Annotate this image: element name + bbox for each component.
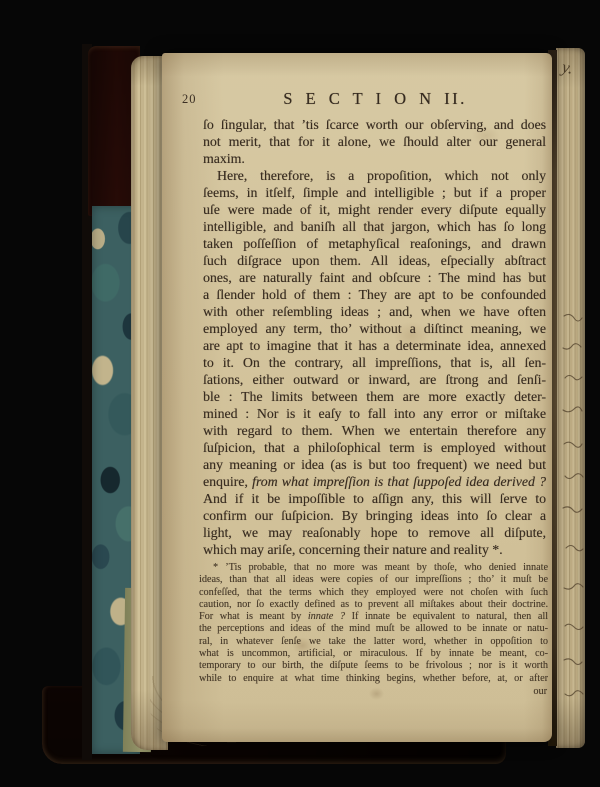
text-line: any meaning or idea (as is but too frequ… — [203, 456, 546, 473]
text-line: are apt to imagine that it has a determi… — [203, 337, 546, 354]
footnote-line: For what is meant by innate ? If innate … — [199, 611, 548, 623]
section-heading: S E C T I O N II. — [202, 89, 548, 109]
book-page: 20 S E C T I O N II. ſo ſingular, that ’… — [162, 53, 552, 742]
text-line: enquire, from what impreſſion is that ſu… — [203, 473, 546, 490]
text-line: intelligible, and baniſh all that jargon… — [203, 218, 546, 235]
text-line: maxim. — [203, 150, 546, 167]
handwriting-marks — [556, 48, 585, 748]
text-line: uſe were made of it, might render every … — [203, 201, 546, 218]
footnote-line: while to enquire at what time thinking b… — [199, 673, 548, 685]
photo-background: y. 20 S E C T I O N II. ſo ſingular, tha… — [0, 0, 600, 787]
footnote-line: temporary to our birth, the diſpute ſeem… — [199, 660, 548, 672]
text-line: ble : The limits between them are more e… — [203, 388, 546, 405]
text-line: with regard to them. When we entertain t… — [203, 422, 546, 439]
footnote-line: confeſſed, that the terms which they emp… — [199, 587, 548, 599]
text-line: not merit, that for it alone, we ſhould … — [203, 133, 546, 150]
text-line: a ſlender hold of them : They are apt to… — [203, 286, 546, 303]
text-line: ſuch diſgrace upon them. All ideas, eſpe… — [203, 252, 546, 269]
footnote-line: ideas, than that all ideas were copies o… — [199, 574, 548, 586]
body-text: ſo ſingular, that ’tis ſcarce worth our … — [203, 116, 546, 558]
footnote-line: the perceptions and ideas of the mind mu… — [199, 623, 548, 635]
text-line: confirm our ſuſpicion. By bringing ideas… — [203, 507, 546, 524]
text-line: ſations, either outward or inward, are ſ… — [203, 371, 546, 388]
fore-edge-page-block: y. — [556, 48, 585, 748]
text-line: light, we may reaſonably hope to remove … — [203, 524, 546, 541]
text-line: employed any term, tho’ without a diſtin… — [203, 320, 546, 337]
footnote: * ’Tis probable, that no more was meant … — [199, 562, 548, 697]
footnote-line: caution, nor ſo exactly defined as to pr… — [199, 599, 548, 611]
text-line: And if it be impoſſible to aſſign any, t… — [203, 490, 546, 507]
text-line: taken poſſeſſion of metaphyſical reaſoni… — [203, 235, 546, 252]
text-line: which may ariſe, concerning their nature… — [203, 541, 546, 558]
text-line: Here, therefore, is a propoſition, which… — [203, 167, 546, 184]
footnote-line: ral, in whatever ſenſe we take the latte… — [199, 636, 548, 648]
text-line: ſuſpicion, that a philoſophical term is … — [203, 439, 546, 456]
text-line: ſo ſingular, that ’tis ſcarce worth our … — [203, 116, 546, 133]
text-line: with other reſembling ideas ; and, when … — [203, 303, 546, 320]
text-line: to it. On the contrary, all impreſſions,… — [203, 354, 546, 371]
page-number: 20 — [182, 92, 197, 107]
text-line: mined : Nor is it eaſy to fall into any … — [203, 405, 546, 422]
catchword: our — [199, 686, 548, 697]
footnote-line: * ’Tis probable, that no more was meant … — [199, 562, 548, 574]
text-line: ones, are naturally faint and obſcure : … — [203, 269, 546, 286]
footnote-line: what is uncommon, artificial, or miracul… — [199, 648, 548, 660]
text-line: ſeems, in itſelf, ſimple and intelligibl… — [203, 184, 546, 201]
